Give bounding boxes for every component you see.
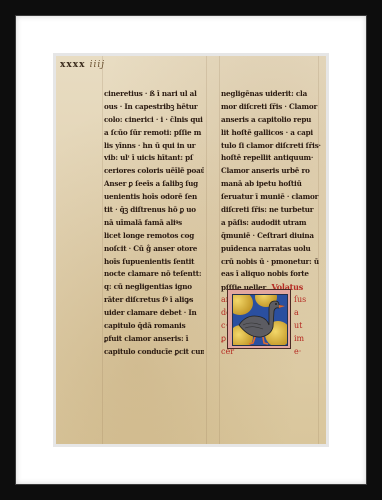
text-line: a pāſis: audodit utram [221, 217, 321, 230]
manuscript-page: xxxx iiij cineretius · ß ī nari ul al ou… [56, 56, 326, 444]
text-line: lit hoſtē gallicos · a capi [221, 127, 321, 140]
illuminated-initial [227, 289, 291, 349]
text-line: tulo ſi clamor diſcreti ſr̄is· [221, 140, 321, 153]
text-line: puīdenca narratas uolu [221, 243, 321, 256]
text-line: ceriores coloris uēīlē poaūt· [104, 165, 204, 178]
text-line: manā ab ipetu hoſtiū [221, 178, 321, 191]
rubric-fragment: ut [294, 320, 306, 333]
text-line: a ſcūo ſūr remoti: pſſie m [104, 127, 204, 140]
rubric-fragment: im [294, 333, 306, 346]
text-line: mor diſcreti ſr̄is · Clamor [221, 101, 321, 114]
text-line: q̄muniē · Ceſtrari diuina [221, 230, 321, 243]
text-line: hoſtē repellit antiquum· [221, 152, 321, 165]
text-line: ſeruatur ī muniē · clamor [221, 191, 321, 204]
text-line: Anser ꝑ ſeeīs a ſalibꝫ ſug [104, 178, 204, 191]
text-line: tit · q̄ꝫ diſtrenus hō ꝑ uo [104, 204, 204, 217]
text-line: uider clamare debet · In [104, 307, 204, 320]
text-line: capitulo conducīe ꝑcit cum [104, 346, 204, 359]
text-line: noſcit · Cū g̊ anser otore [104, 243, 204, 256]
text-line: licet longe remotos cog [104, 230, 204, 243]
ruling-line [219, 56, 220, 444]
text-line: diſcreti ſr̄is: ne turbetur [221, 204, 321, 217]
right-text-column: negligēnas uiderit: cla mor diſcreti ſr̄… [221, 88, 321, 294]
folio-main: xxxx [60, 60, 85, 70]
text-line: crū nobis ū · pmonetur: ū [221, 256, 321, 269]
text-line: ꝑfuit clamor anseris: ī [104, 333, 204, 346]
ruling-line [206, 56, 207, 444]
text-line: cineretius · ß ī nari ul al [104, 88, 204, 101]
folio-number: xxxx iiij [60, 60, 105, 70]
text-line: lis yīnns · hn ū qui in ur [104, 140, 204, 153]
text-line: uenientis hoīs odorē ſen [104, 191, 204, 204]
text-line: Clamor anseris urbē ro [221, 165, 321, 178]
rubric-right-margin: ſus a ut im e· [294, 294, 306, 359]
ruling-line [102, 56, 103, 444]
text-line: nā uīmalā famā aliꝰs [104, 217, 204, 230]
left-text-column: cineretius · ß ī nari ul al ous · In cap… [104, 88, 204, 359]
text-line: capitulo q̄dā romanis [104, 320, 204, 333]
text-line: eas ī aliquo nobis forte [221, 268, 321, 281]
folio-minor: iiij [90, 60, 105, 70]
text-line: q: cū negligentias igno [104, 281, 204, 294]
rubric-fragment: a [294, 307, 306, 320]
rubric-fragment: e· [294, 346, 306, 359]
text-line: rāter diſcretus ſꝰ ī aliꝙs [104, 294, 204, 307]
text-line: nocte clamare nō teſentt: [104, 268, 204, 281]
picture-frame: xxxx iiij cineretius · ß ī nari ul al ou… [0, 0, 382, 500]
rubric-fragment: ſus [294, 294, 306, 307]
text-line: anseris a capitolio repu [221, 114, 321, 127]
goose-icon [233, 295, 287, 345]
text-line: hoīs ſupuenientis ſentit [104, 256, 204, 269]
text-line: ous · In capestribꝫ hētur [104, 101, 204, 114]
text-line: colo: cinerici · i · c̄lnis qui [104, 114, 204, 127]
text-line: negligēnas uiderit: cla [221, 88, 321, 101]
text-line: vib: ulᶦ ī uicis hītant: pſ [104, 152, 204, 165]
illumination-ground [232, 294, 288, 346]
